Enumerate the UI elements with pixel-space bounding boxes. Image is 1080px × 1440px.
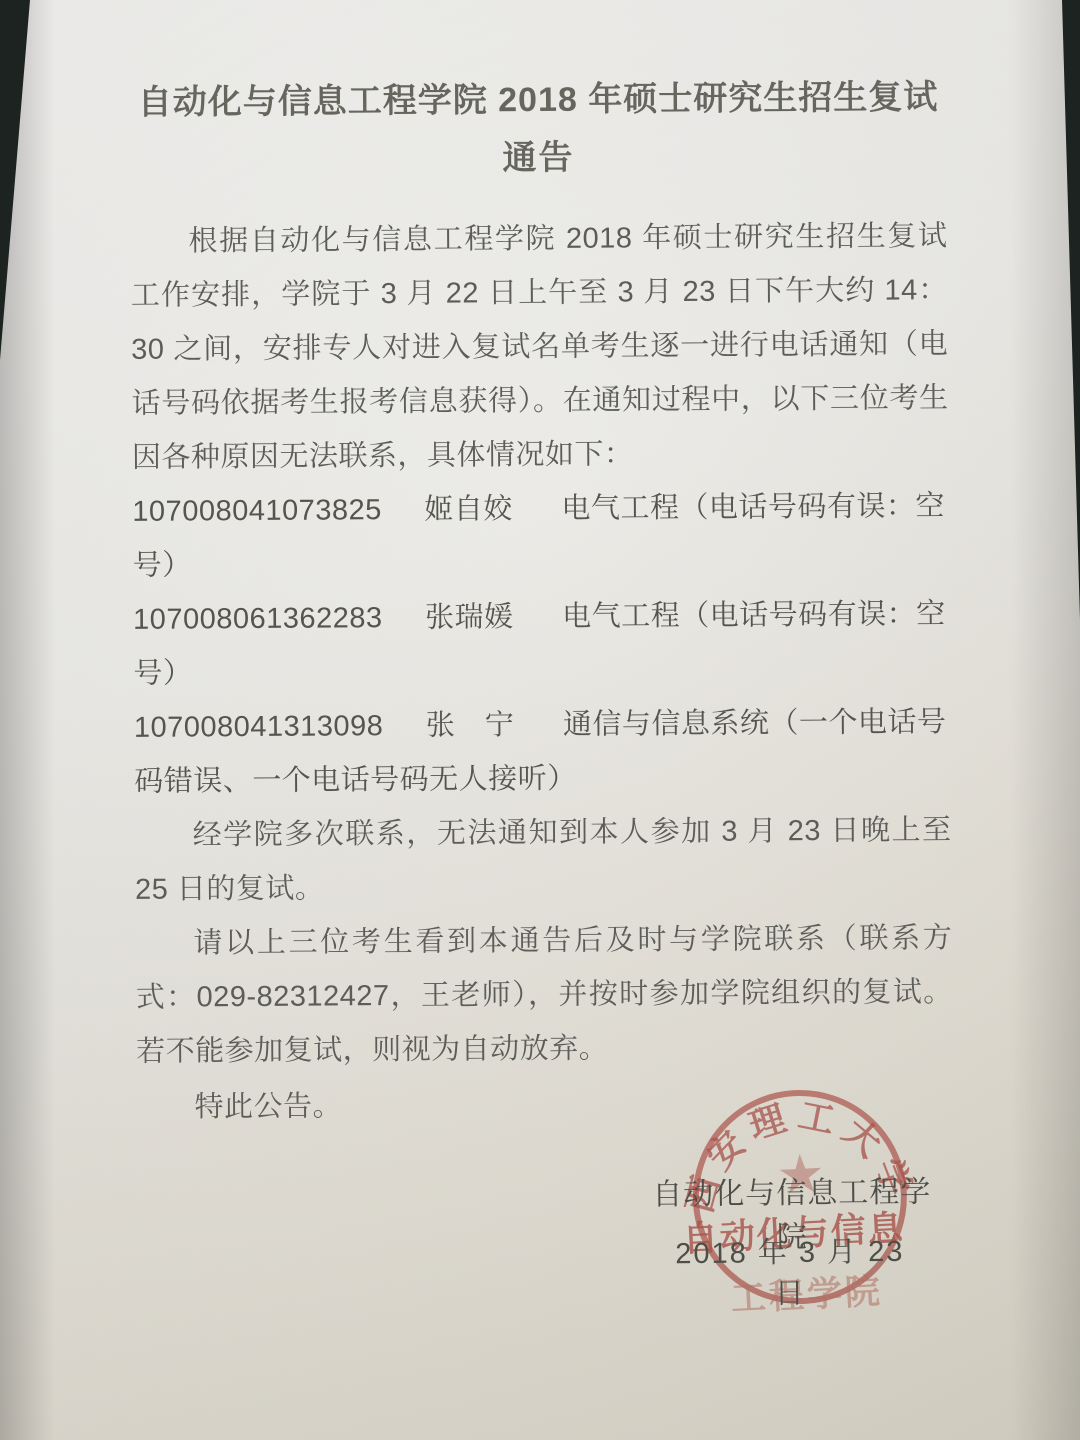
- candidate-id: 107008041073825: [132, 494, 382, 528]
- candidate-row-1: 107008041073825 姬自姣 电气工程（电话号码有误：空号）: [132, 479, 950, 593]
- paper-sheet: 自动化与信息工程学院 2018 年硕士研究生招生复试 通告 根据自动化与信息工程…: [0, 0, 1080, 1440]
- paragraph-1: 根据自动化与信息工程学院 2018 年硕士研究生招生复试工作安排，学院于 3 月…: [130, 209, 949, 485]
- paragraph-3: 请以上三位考生看到本通告后及时与学院联系（联系方式：029-82312427，王…: [135, 911, 953, 1079]
- seal-inner-text-1: 自动化与信息: [682, 1208, 906, 1260]
- notice-subtitle: 通告: [130, 127, 947, 189]
- candidate-name: 张 宁: [426, 709, 515, 742]
- signature-line: 自动化与信息工程学院: [642, 1166, 943, 1257]
- seal-inner-text-2: 工程学院: [730, 1272, 884, 1319]
- notice-body: 自动化与信息工程学院 2018 年硕士研究生招生复试 通告 根据自动化与信息工程…: [129, 67, 953, 1135]
- date-line: 2018 年 3 月 23 日: [660, 1229, 921, 1314]
- paragraph-2: 经学院多次联系，无法通知到本人参加 3 月 23 日晚上至 25 日的复试。: [134, 803, 952, 917]
- candidate-row-3: 107008041313098 张 宁 通信与信息系统（一个电话号码错误、一个电…: [134, 695, 952, 809]
- seal-star-icon: ★: [775, 1144, 826, 1206]
- candidate-row-2: 107008061362283 张瑞媛 电气工程（电话号码有误：空号）: [133, 587, 951, 701]
- candidate-name: 姬自姣: [424, 493, 513, 526]
- notice-title: 自动化与信息工程学院 2018 年硕士研究生招生复试: [129, 67, 946, 133]
- candidate-id: 107008041313098: [134, 710, 384, 744]
- candidate-name: 张瑞媛: [425, 601, 514, 634]
- candidate-id: 107008061362283: [133, 602, 383, 636]
- closing-line: 特此公告。: [136, 1075, 953, 1135]
